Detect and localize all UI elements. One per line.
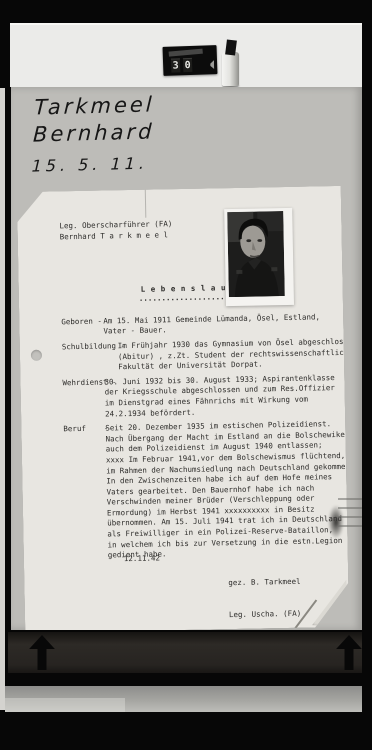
handwritten-surname: Tarkmeel <box>34 91 157 121</box>
bottle-cap <box>225 39 237 55</box>
film-right-frame <box>362 0 372 750</box>
counter-digits: 3 0 <box>171 58 192 73</box>
up-arrow-icon <box>28 635 56 670</box>
section-lines: Am 15. Mai 1911 Gemeinde Lümanda, Ösel, … <box>103 312 337 338</box>
section-label: Wehrdienst - <box>62 377 116 389</box>
handwritten-date: 15. 5. 11. <box>31 151 153 178</box>
handwritten-annotation: Tarkmeel Bernhard 15. 5. 11. <box>31 91 156 178</box>
frame-counter-icon: 3 0 <box>163 45 218 76</box>
counter-tick <box>210 60 214 69</box>
document-date: 12.11.42 <box>124 553 160 564</box>
section-lines: Seit 20. Dezember 1935 im estischen Poli… <box>105 419 342 561</box>
portrait-image <box>227 211 285 297</box>
cv-section: Geboren -Am 15. Mai 1911 Gemeinde Lümand… <box>61 312 337 338</box>
counter-digit: 0 <box>183 58 192 72</box>
cv-section: Beruf -Seit 20. Dezember 1935 im estisch… <box>63 419 342 562</box>
portrait-photo <box>224 208 294 306</box>
bottle-body <box>222 52 239 86</box>
section-label: Beruf - <box>63 424 108 435</box>
cv-section: Schulbildung -Im Frühjahr 1930 das Gymna… <box>62 337 339 374</box>
section-label: Geboren - <box>61 316 102 327</box>
cv-sections: Geboren -Am 15. Mai 1911 Gemeinde Lümand… <box>61 312 342 562</box>
film-edge-sliver <box>0 88 5 710</box>
handwritten-firstname: Bernhard <box>32 118 155 148</box>
cv-section: Wehrdienst -30. Juni 1932 bis 30. August… <box>62 373 339 421</box>
section-lines: Im Frühjahr 1930 das Gymnasium von Ösel … <box>118 337 339 373</box>
counter-scratch <box>169 49 203 57</box>
section-label: Schulbildung - <box>62 341 125 353</box>
card-streaks <box>338 498 362 532</box>
signature-name: gez. B. Tarkmeel <box>228 577 300 589</box>
film-gray-band-highlight <box>5 698 125 712</box>
film-marker-bar <box>8 630 362 673</box>
ink-bottle-icon <box>221 40 243 88</box>
copy-stand-background: 3 0 <box>10 23 362 87</box>
document-header: Leg. Oberscharführer (FA) Bernhard T a r… <box>59 216 335 242</box>
section-lines: 30. Juni 1932 bis 30. August 1933; Aspir… <box>104 373 339 420</box>
film-gray-band <box>5 686 362 712</box>
signature-rank: Leg. Uscha. (FA) <box>229 609 301 621</box>
counter-digit: 3 <box>171 58 180 72</box>
up-arrow-icon <box>335 635 363 670</box>
document-sheet: Leg. Oberscharführer (FA) Bernhard T a r… <box>17 186 349 633</box>
